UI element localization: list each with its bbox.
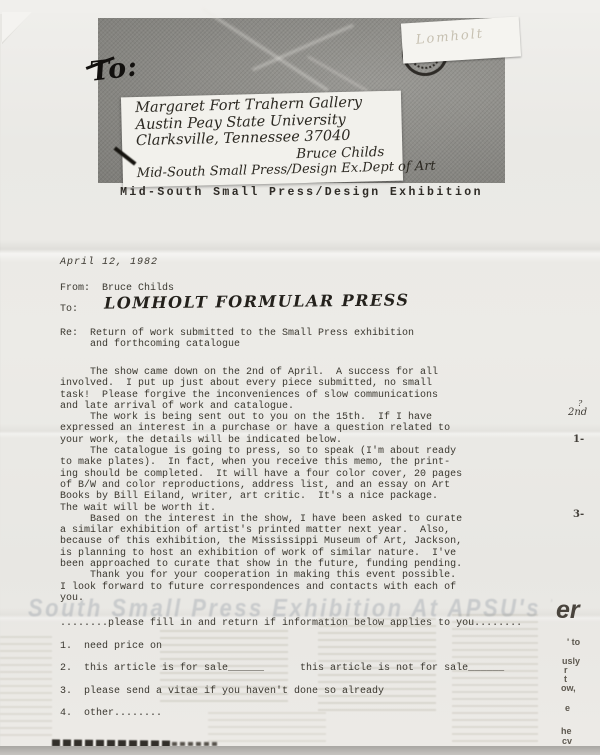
letter-body: The show came down on the 2nd of April. …	[60, 367, 462, 604]
envelope-flap-highlight	[307, 56, 369, 93]
edge-fragment: cv	[562, 736, 572, 746]
pen-margin-mark: 2nd	[568, 407, 587, 418]
mailing-address-label: Margaret Fort Trahern Gallery Austin Pea…	[121, 91, 403, 188]
edge-fragment: ow,	[561, 683, 576, 693]
pen-margin-mark: 1-	[573, 434, 584, 445]
envelope-flap-highlight	[252, 24, 354, 71]
to-label: To:	[60, 304, 78, 315]
dept-of-art: Dept of Art	[362, 159, 436, 177]
scan-background-bottom	[0, 746, 600, 755]
edge-fragment: he	[561, 726, 572, 736]
pen-margin-mark: 3-	[573, 509, 584, 520]
faint-pencil-note: Lomholt	[415, 26, 484, 47]
scan-background-top	[0, 0, 600, 14]
white-slip: Lomholt	[401, 16, 521, 63]
scanned-letter-page: South Small Press Exhibition At APSU's T…	[0, 0, 600, 755]
reply-form-section: ........please fill in and return if inf…	[60, 618, 522, 720]
letter-date: April 12, 1982	[60, 257, 158, 268]
handwritten-recipient: LOMHOLT FORMULAR PRESS	[104, 290, 410, 312]
envelope-flap-highlight	[201, 7, 328, 91]
edge-fragment: er	[556, 596, 580, 625]
handwritten-to-annotation: To:	[88, 51, 139, 88]
envelope-photo: To: Lomholt Margaret Fort Trahern Galler…	[98, 18, 505, 183]
bleed-through-text-column	[0, 636, 52, 738]
edge-fragment: e	[565, 703, 570, 713]
re-subject-block: Re: Return of work submitted to the Smal…	[60, 328, 414, 351]
edge-fragment: ' to	[567, 637, 580, 647]
photo-caption: Mid-South Small Press/Design Exhibition	[98, 186, 505, 199]
